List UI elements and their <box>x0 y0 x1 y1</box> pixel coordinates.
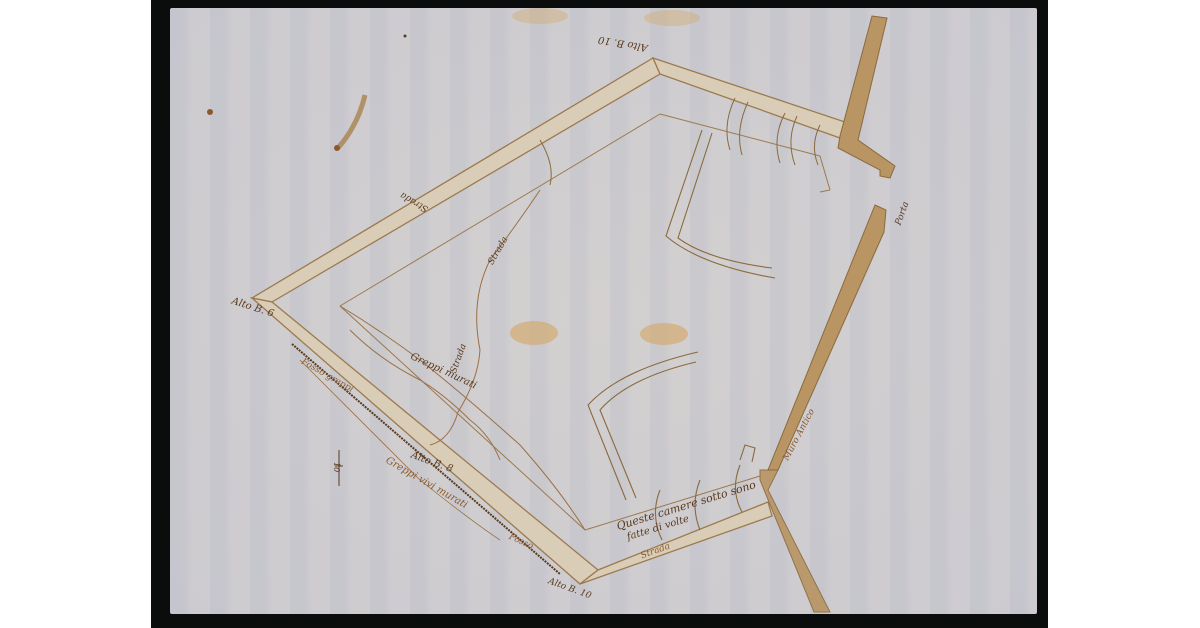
label-porta: Porta <box>893 200 911 227</box>
plan-drawing: Alto B. 10 Alto B. 6 Alto B. 10 Strada S… <box>0 0 1200 628</box>
label-top-corner: Alto B. 10 <box>597 33 650 53</box>
inner-lines <box>340 114 830 530</box>
label-scale-note: 10 <box>332 462 341 472</box>
outer-walls <box>252 58 845 584</box>
label-inner-path: Strada <box>486 235 510 266</box>
label-bottom-wall: Strada <box>639 541 671 561</box>
label-crossing: Greppi murati <box>409 351 479 391</box>
